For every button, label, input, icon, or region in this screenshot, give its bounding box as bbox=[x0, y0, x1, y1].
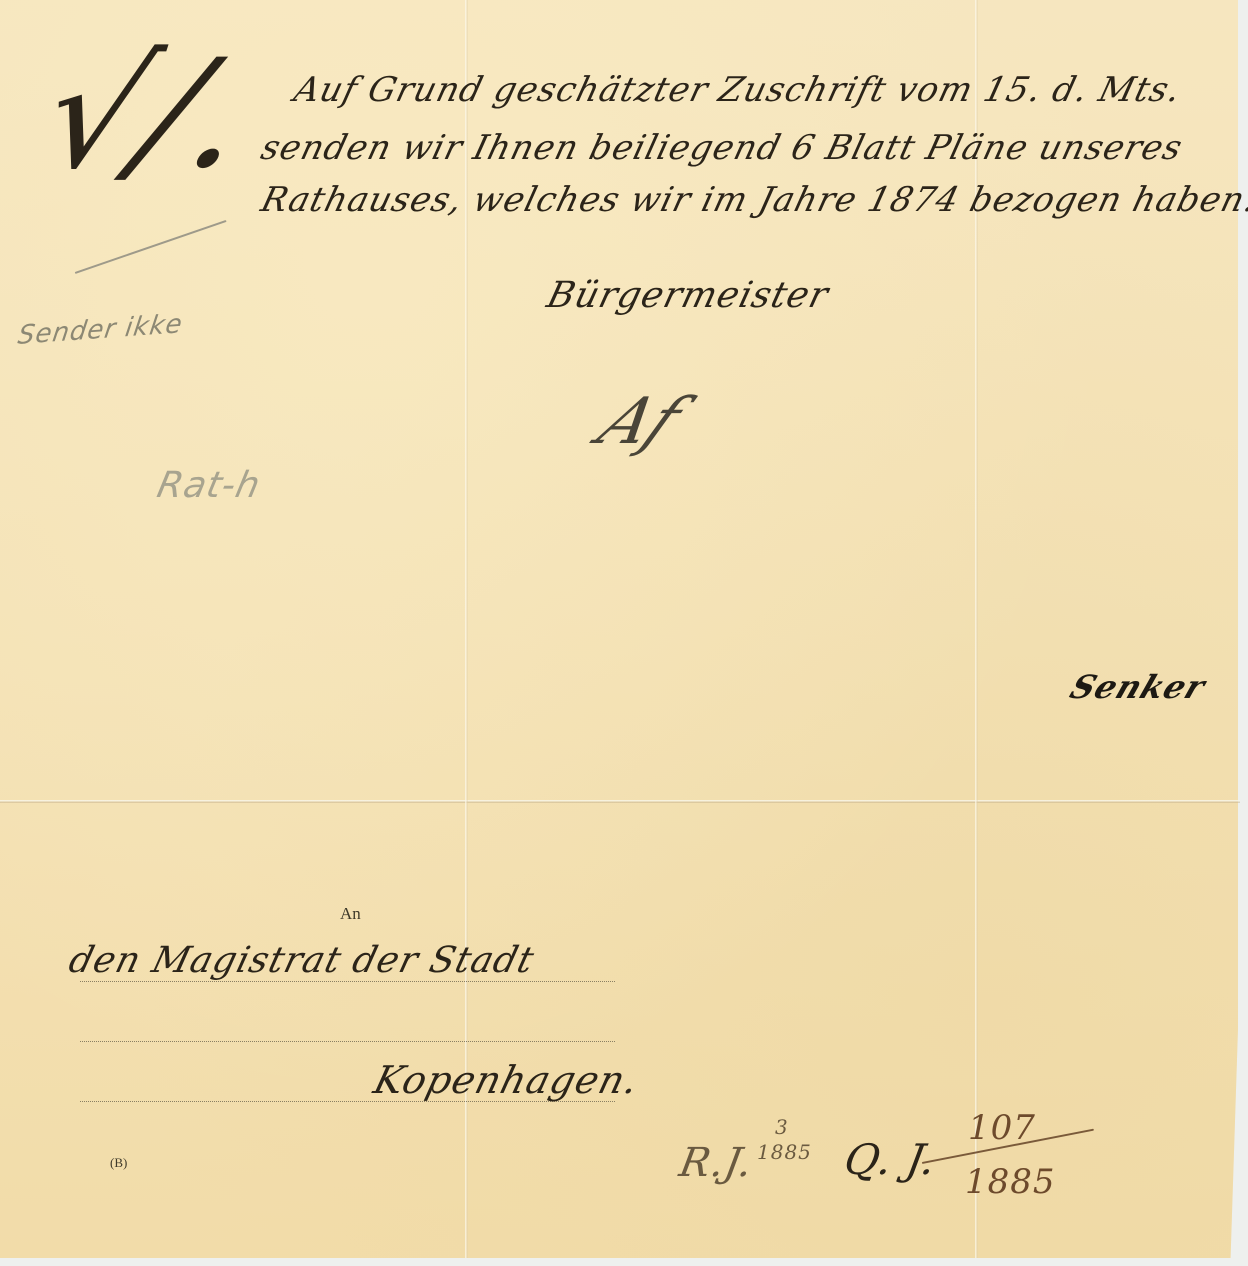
registry-left-num: 3 bbox=[775, 1115, 789, 1139]
address-line-3: Kopenhagen. bbox=[370, 1058, 644, 1102]
closing-title: Bürgermeister bbox=[543, 275, 833, 316]
body-line-1: Auf Grund geschätzter Zuschrift vom 15. … bbox=[290, 70, 1185, 110]
body-line-3: Rathauses, welches wir im Jahre 1874 bez… bbox=[257, 180, 1248, 220]
right-signature: Senker bbox=[1065, 668, 1211, 706]
address-dotted-line-1 bbox=[80, 981, 615, 982]
body-line-2: senden wir Ihnen beiliegend 6 Blatt Plän… bbox=[257, 128, 1187, 168]
address-dotted-line-2 bbox=[80, 1041, 615, 1042]
registry-left-den: 1885 bbox=[757, 1140, 812, 1164]
form-code: (B) bbox=[110, 1155, 127, 1171]
pencil-note-rat: Rat-h bbox=[154, 465, 265, 506]
address-line-1: den Magistrat der Stadt bbox=[65, 940, 539, 981]
registry-right-den: 1885 bbox=[965, 1162, 1056, 1202]
registry-left: R.J. bbox=[676, 1140, 757, 1186]
address-label: An bbox=[340, 904, 361, 924]
horizontal-fold bbox=[0, 800, 1240, 803]
registry-middle: Q. J. bbox=[841, 1135, 941, 1184]
